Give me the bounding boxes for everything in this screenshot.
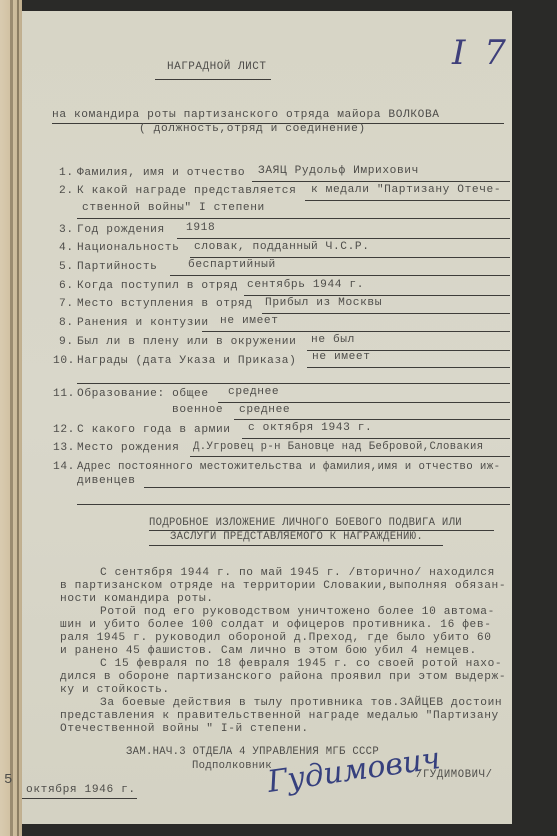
field-underline bbox=[177, 238, 510, 239]
date: октября 1946 г. bbox=[26, 784, 136, 796]
document-title: НАГРАДНОЙ ЛИСТ bbox=[167, 61, 266, 73]
field-label-party: Партийность bbox=[77, 261, 157, 273]
field-label-address-cont: дивенцев bbox=[77, 475, 136, 487]
field-underline bbox=[144, 487, 510, 488]
field-underline bbox=[242, 438, 510, 439]
field-underline bbox=[190, 257, 510, 258]
field-underline bbox=[218, 402, 510, 403]
field-label-army-since: С какого года в армии bbox=[77, 424, 231, 436]
body-line: шин и убито более 100 солдат и офицеров … bbox=[60, 619, 492, 631]
field-num: 14. bbox=[53, 461, 75, 473]
field-underline bbox=[77, 383, 510, 384]
section-heading: ПОДРОБНОЕ ИЗЛОЖЕНИЕ ЛИЧНОГО БОЕВОГО ПОДВ… bbox=[149, 517, 462, 529]
field-num: 1. bbox=[59, 167, 74, 179]
field-value-birthplace: Д.Угровец р-н Бановце над Бебровой,Слова… bbox=[193, 441, 484, 453]
field-underline bbox=[234, 419, 510, 420]
body-line: Отечественной войны " I-й степени. bbox=[60, 723, 309, 735]
binding-edge-line bbox=[10, 0, 13, 836]
body-line: ку и стойкость. bbox=[60, 684, 170, 696]
body-line: Ротой под его руководством уничтожено бо… bbox=[100, 606, 495, 618]
field-label-award: К какой награде представляется bbox=[77, 185, 296, 197]
field-num: 12. bbox=[53, 424, 75, 436]
field-num: 3. bbox=[59, 224, 74, 236]
field-label-wounds: Ранения и контузии bbox=[77, 317, 209, 329]
body-line: представления к правительственной наград… bbox=[60, 710, 499, 722]
field-value-captivity: не был bbox=[311, 334, 355, 346]
body-line: и ранено 45 фашистов. Сам лично в этом б… bbox=[60, 645, 477, 657]
body-line: раля 1945 г. руководил обороной д.Преход… bbox=[60, 632, 492, 644]
field-value-army-since: с октября 1943 г. bbox=[248, 422, 372, 434]
field-num: 9. bbox=[59, 336, 74, 348]
field-value-awards: не имеет bbox=[312, 351, 371, 363]
field-label-name: Фамилия, имя и отчество bbox=[77, 167, 245, 179]
field-underline bbox=[252, 181, 510, 182]
field-num: 10. bbox=[53, 355, 75, 367]
field-value-birth-year: 1918 bbox=[186, 222, 215, 234]
body-line: дился в обороне партизанского района про… bbox=[60, 671, 506, 683]
field-label-nationality: Национальность bbox=[77, 242, 179, 254]
field-value-award-cont: ственной войны" I степени bbox=[82, 202, 265, 214]
field-underline bbox=[77, 218, 510, 219]
body-line: ности командира роты. bbox=[60, 593, 214, 605]
field-label-education: Образование: общее bbox=[77, 388, 209, 400]
field-value-education: среднее bbox=[228, 386, 279, 398]
field-label-captivity: Был ли в плену или в окружении bbox=[77, 336, 296, 348]
body-line: С сентября 1944 г. по май 1945 г. /втори… bbox=[100, 567, 495, 579]
field-num: 4. bbox=[59, 242, 74, 254]
field-underline bbox=[77, 504, 510, 505]
field-label-birthplace: Место рождения bbox=[77, 442, 179, 454]
field-value-joined: сентябрь 1944 г. bbox=[247, 279, 364, 291]
field-value-join-place: Прибыл из Москвы bbox=[265, 297, 382, 309]
subject-line: на командира роты партизанского отряда м… bbox=[52, 109, 440, 121]
field-underline bbox=[262, 313, 510, 314]
field-label-military-education: военное bbox=[172, 404, 223, 416]
field-underline bbox=[170, 275, 510, 276]
body-line: С 15 февраля по 18 февраля 1945 г. со св… bbox=[100, 658, 502, 670]
field-underline bbox=[305, 200, 510, 201]
field-underline bbox=[190, 456, 510, 457]
field-underline bbox=[202, 331, 510, 332]
heading-underline bbox=[149, 545, 443, 546]
field-num: 13. bbox=[53, 442, 75, 454]
body-line: в партизанском отряде на территории Слов… bbox=[60, 580, 506, 592]
subject-caption: ( должность,отряд и соединение) bbox=[139, 123, 366, 135]
body-line: За боевые действия в тылу противника тов… bbox=[100, 697, 502, 709]
field-num: 2. bbox=[59, 185, 74, 197]
field-underline bbox=[244, 295, 510, 296]
field-underline bbox=[307, 367, 510, 368]
sheet-number: I 7 bbox=[452, 33, 510, 73]
signatory-rank: Подполковник bbox=[192, 760, 272, 772]
field-num: 7. bbox=[59, 298, 74, 310]
field-num: 5. bbox=[59, 261, 74, 273]
field-value-wounds: не имеет bbox=[220, 315, 279, 327]
field-label-awards: Награды (дата Указа и Приказа) bbox=[77, 355, 296, 367]
field-num: 8. bbox=[59, 317, 74, 329]
field-value-award: к медали "Партизану Отече- bbox=[311, 184, 501, 196]
field-value-name: ЗАЯЦ Рудольф Имрихович bbox=[258, 165, 419, 177]
field-num: 11. bbox=[53, 388, 75, 400]
title-underline bbox=[155, 79, 271, 80]
section-heading: ЗАСЛУГИ ПРЕДСТАВЛЯЕМОГО К НАГРАЖДЕНИЮ. bbox=[170, 531, 423, 543]
award-sheet-page: I 7 НАГРАДНОЙ ЛИСТ на командира роты пар… bbox=[22, 11, 512, 824]
date-day: 5 bbox=[4, 772, 13, 788]
field-value-party: беспартийный bbox=[188, 259, 276, 271]
field-label-joined: Когда поступил в отряд bbox=[77, 280, 238, 292]
field-label-birth-year: Год рождения bbox=[77, 224, 165, 236]
field-value-military-education: среднее bbox=[239, 404, 290, 416]
field-num: 6. bbox=[59, 280, 74, 292]
field-label-address: Адрес постоянного местожительства и фами… bbox=[77, 461, 500, 473]
field-label-join-place: Место вступления в отряд bbox=[77, 298, 253, 310]
date-underline bbox=[22, 798, 137, 799]
binding-edge-line bbox=[17, 0, 19, 836]
field-value-nationality: словак, подданный Ч.С.Р. bbox=[194, 241, 370, 253]
signatory-name: /ГУДИМОВИЧ/ bbox=[416, 769, 493, 781]
